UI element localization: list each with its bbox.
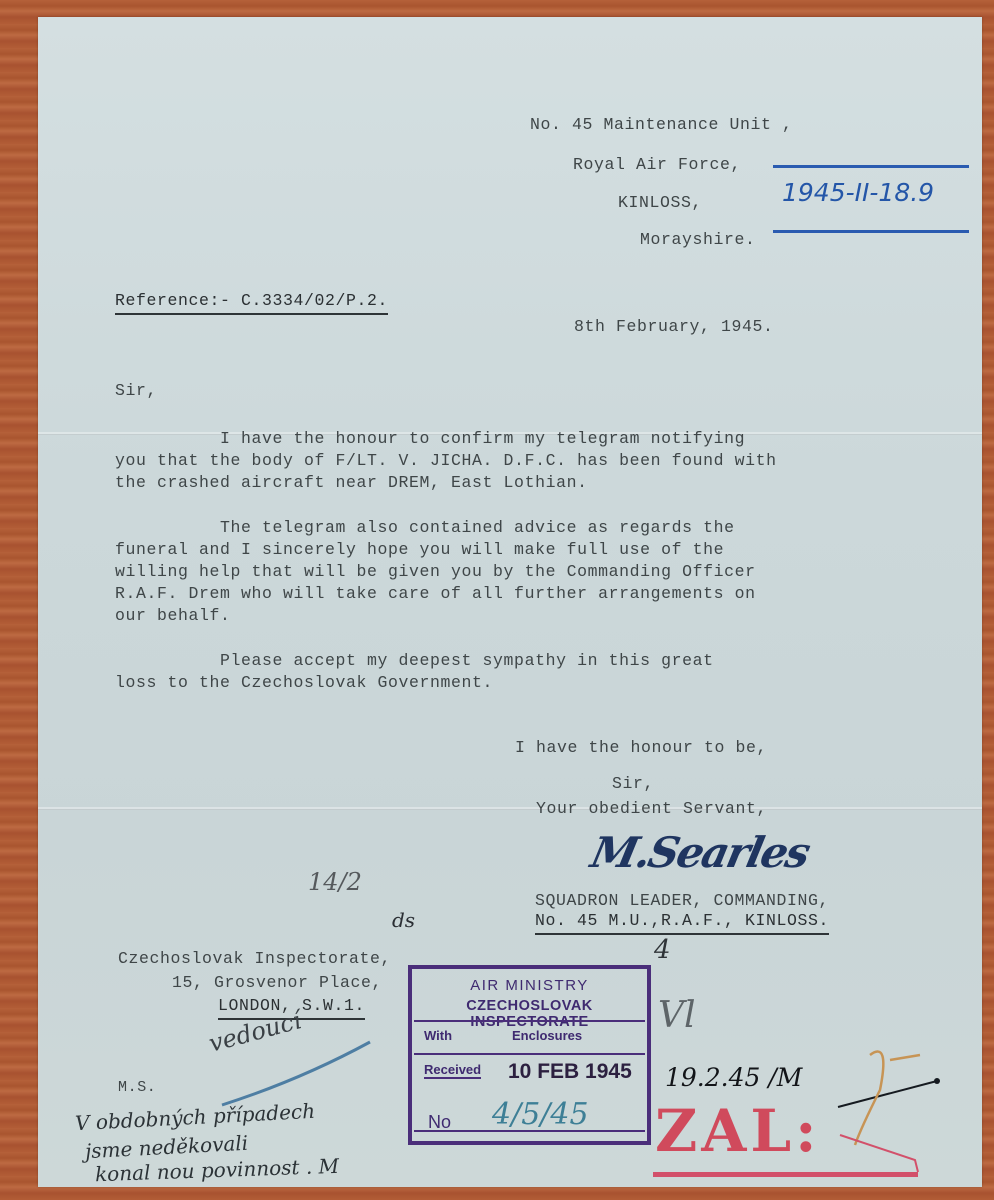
received-stamp: AIR MINISTRY CZECHOSLOVAK INSPECTORATE W…: [408, 965, 651, 1145]
stamp-with-label: With: [424, 1028, 452, 1043]
stamp-received-label: Received: [424, 1062, 481, 1079]
stamp-divider: [414, 1020, 645, 1022]
file-stamp: ZAL:: [655, 1100, 821, 1162]
stamp-divider: [414, 1053, 645, 1055]
file-stamp-underline: [653, 1172, 918, 1177]
handwritten-initials: Vl: [658, 995, 696, 1036]
stamp-divider: [414, 1130, 645, 1132]
stamp-received-date: 10 FEB 1945: [508, 1060, 632, 1084]
handwritten-date-right: 19.2.45 /M: [665, 1063, 802, 1092]
stamp-enclosures-label: Enclosures: [512, 1028, 582, 1043]
stamp-inspectorate: CZECHOSLOVAK INSPECTORATE: [412, 998, 647, 1030]
stamp-ministry: AIR MINISTRY: [412, 977, 647, 994]
typed-initials: M.S.: [118, 1077, 156, 1099]
stamp-number: 4/5/45: [492, 1097, 589, 1132]
